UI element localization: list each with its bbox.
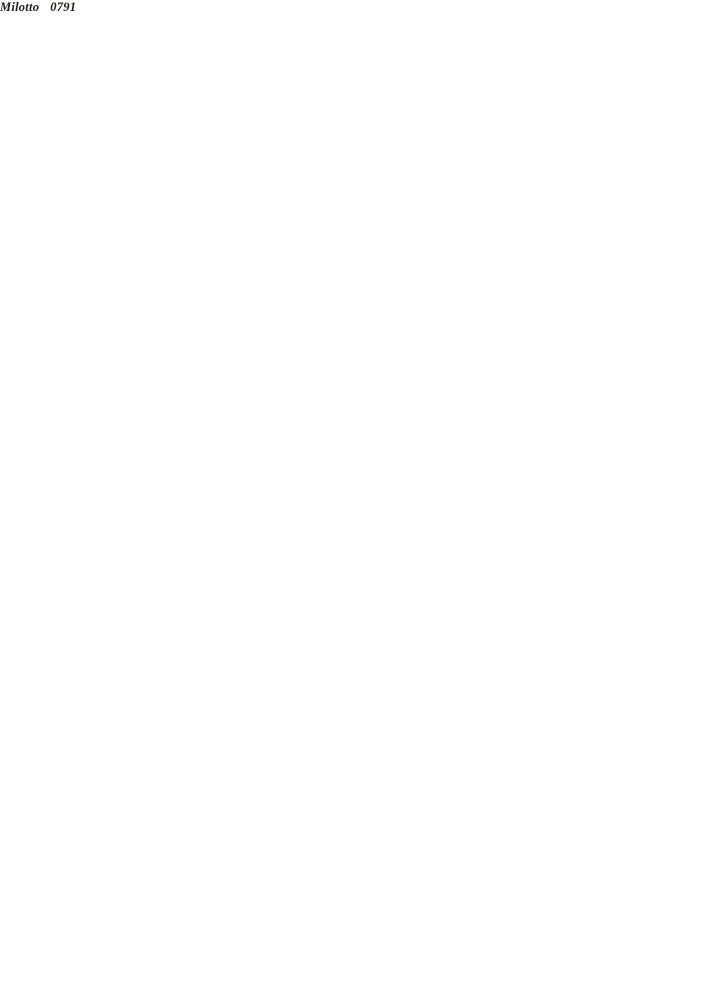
product-number: 0791 bbox=[50, 0, 76, 14]
brand-name: Milotto bbox=[0, 0, 39, 14]
product-label: Milotto0791 bbox=[0, 0, 76, 14]
product-image: Milotto0791 bbox=[0, 0, 707, 1000]
